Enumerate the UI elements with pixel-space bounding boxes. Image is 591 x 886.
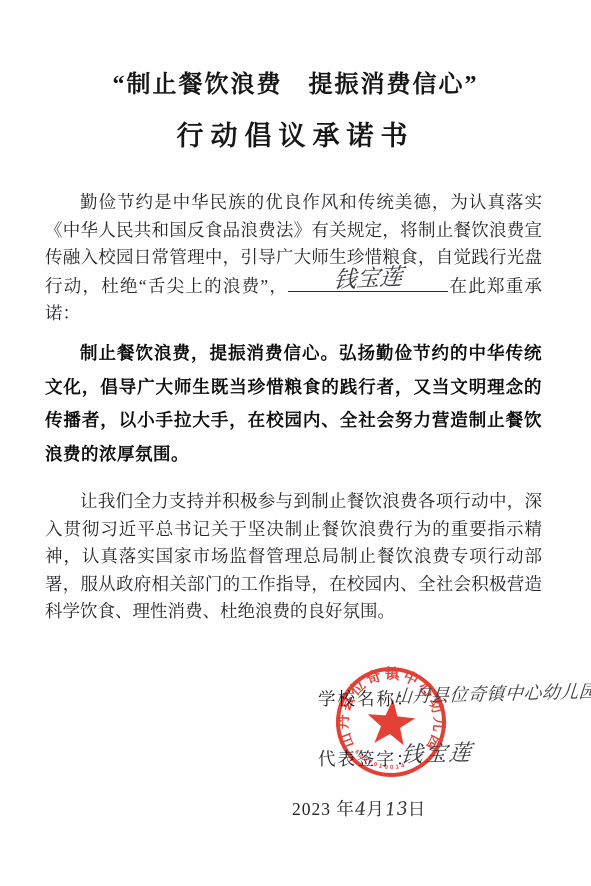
paragraph-support: 让我们全力支持并积极参与到制止餐饮浪费各项行动中，深入贯彻习近平总书记关于坚决制… [45, 488, 542, 626]
date-month-label: 月 [366, 799, 385, 819]
handwritten-school-name: 山丹县位奇镇中心幼儿园 [393, 677, 591, 708]
handwritten-date-day: 13 [384, 798, 408, 821]
handwritten-signature-inline: 钱宝莲 [287, 262, 449, 298]
document-title-line2: 行动倡议承诺书 [0, 114, 591, 153]
date-line: 2023 年4月13日 [292, 796, 426, 821]
paragraph-pledge-bold: 制止餐饮浪费，提振消费信心。弘扬勤俭节约的中华传统文化，倡导广大师生既当珍惜粮食… [45, 337, 542, 471]
date-day-label: 日 [408, 799, 427, 819]
document-title-line1: “制止餐饮浪费 提振消费信心” [0, 64, 591, 99]
handwritten-representative-signature: 钱宝莲 [399, 736, 474, 770]
document-page: “制止餐饮浪费 提振消费信心” 行动倡议承诺书 勤俭节约是中华民族的优良作风和传… [0, 0, 591, 886]
paragraph-intro: 勤俭节约是中华民族的优良作风和传统美德，为认真落实《中华人民共和国反食品浪费法》… [45, 189, 542, 328]
handwritten-date-month: 4 [354, 799, 367, 821]
date-year: 2023 年 [292, 799, 355, 819]
signature-blank-line: 钱宝莲 [288, 272, 448, 292]
